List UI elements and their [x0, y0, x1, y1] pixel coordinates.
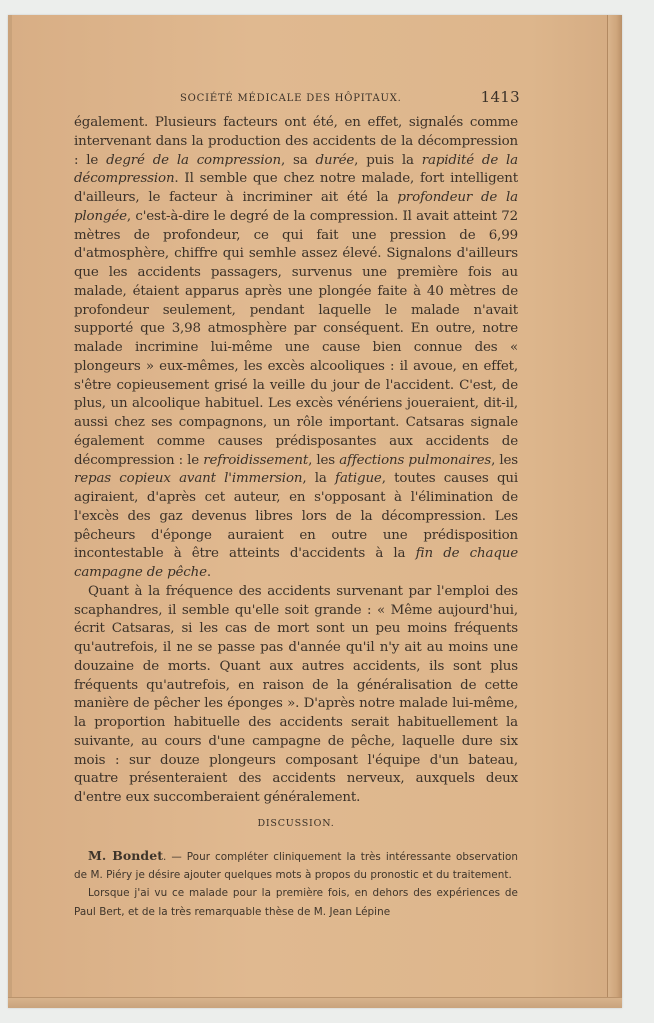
- running-head-title: Société médicale des hôpitaux.: [180, 93, 402, 104]
- page-left-edge: [8, 15, 12, 1008]
- italic-run: fatigue: [335, 471, 382, 486]
- italic-run: affections pulmonaires: [339, 453, 491, 468]
- speaker-name: M. Bondet: [88, 848, 163, 863]
- body-text: également. Plusieurs facteurs ont été, e…: [74, 114, 518, 808]
- text-run: , les: [308, 453, 339, 468]
- discussion-paragraph-2: Lorsque j'ai vu ce malade pour la premiè…: [74, 884, 518, 921]
- discussion-text: M. Bondet. — Pour compléter cliniquement…: [74, 847, 518, 921]
- text-run: , la: [302, 471, 335, 486]
- text-run: , sa: [281, 153, 316, 168]
- page-right-edge: [607, 15, 622, 1008]
- italic-run: degré de la compression: [106, 153, 281, 168]
- italic-run: durée: [315, 153, 354, 168]
- page-content: Société médicale des hôpitaux. 1413 égal…: [74, 88, 518, 921]
- text-run: , puis la: [354, 153, 422, 168]
- paragraph-2: Quant à la fréquence des accidents surve…: [74, 583, 518, 808]
- italic-run: repas copieux avant l'immersion: [74, 471, 302, 486]
- page-bottom-edge: [8, 997, 622, 1008]
- page-number: 1413: [481, 88, 520, 106]
- section-heading-discussion: Discussion.: [74, 818, 518, 829]
- text-run: , c'est-à-dire le degré de la compressio…: [74, 209, 518, 468]
- running-head: Société médicale des hôpitaux. 1413: [74, 88, 518, 108]
- scanned-book-page: Société médicale des hôpitaux. 1413 égal…: [8, 15, 622, 1008]
- text-run: .: [207, 565, 211, 580]
- discussion-paragraph-1: M. Bondet. — Pour compléter cliniquement…: [74, 847, 518, 885]
- text-run: , les: [491, 453, 518, 468]
- paragraph-1: également. Plusieurs facteurs ont été, e…: [74, 114, 518, 583]
- italic-run: refroidissement: [203, 453, 308, 468]
- text-run: Quant à la fréquence des accidents surve…: [74, 584, 518, 805]
